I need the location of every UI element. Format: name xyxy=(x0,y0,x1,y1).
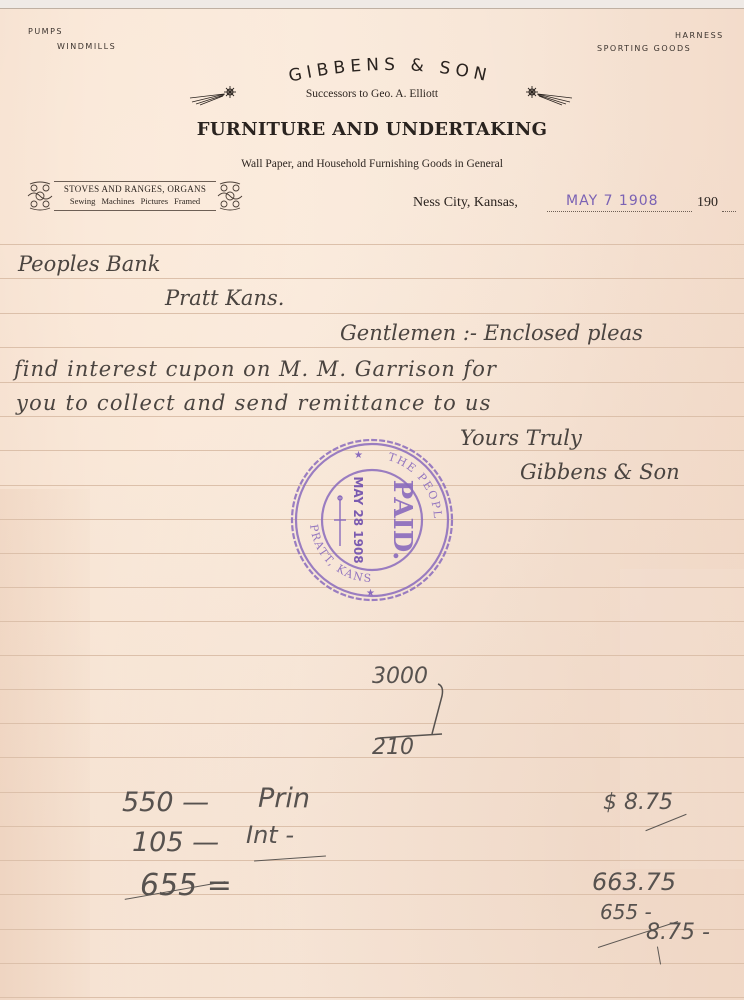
note-right-a: 663.75 xyxy=(592,868,676,896)
business-headline: FURNITURE AND UNDERTAKING xyxy=(0,119,744,140)
note-principal-amount: 550 — xyxy=(122,787,209,818)
date-blank-line xyxy=(547,211,692,212)
note-interest-label: Int - xyxy=(246,821,294,849)
services-line-1: STOVES AND RANGES, ORGANS xyxy=(54,184,216,194)
scroll-ornament-left-icon xyxy=(26,178,54,214)
printed-year-prefix: 190 xyxy=(697,195,718,211)
svg-text:PAID.: PAID. xyxy=(387,480,417,561)
place-label: Ness City, Kansas, xyxy=(413,195,518,211)
signature: Gibbens & Son xyxy=(520,460,680,484)
successors-line: Successors to Geo. A. Elliott xyxy=(0,88,744,100)
note-total: 655 = xyxy=(140,868,232,903)
note-right-result: 8.75 - xyxy=(646,920,710,945)
closing: Yours Truly xyxy=(460,426,582,450)
services-box-text: STOVES AND RANGES, ORGANS Sewing Machine… xyxy=(54,181,216,211)
corner-word-sporting-goods: SPORTING GOODS xyxy=(597,44,691,53)
year-blank-line xyxy=(722,211,736,212)
paper-fold-shade xyxy=(620,569,744,869)
note-interest-amount: 105 — xyxy=(132,827,219,858)
svg-text:GIBBENS & SON: GIBBENS & SON xyxy=(287,55,493,87)
paid-stamp: THE PEOPLES BANK, PRATT, KANSAS, ★ ★ PAI… xyxy=(288,436,456,604)
received-date-stamp: MAY 7 1908 xyxy=(566,193,659,209)
body-line-3: you to collect and send remittance to us xyxy=(16,391,492,415)
scroll-ornament-right-icon xyxy=(216,178,244,214)
note-right-top: $ 8.75 xyxy=(603,790,673,815)
svg-text:★: ★ xyxy=(366,588,375,599)
note-principal-label: Prin xyxy=(258,783,310,814)
scan-edge xyxy=(0,0,744,8)
note-middle-stroke xyxy=(380,680,460,740)
services-box: STOVES AND RANGES, ORGANS Sewing Machine… xyxy=(26,178,244,214)
salutation-line: Gentlemen :- Enclosed pleas xyxy=(340,321,643,345)
corner-word-pumps: PUMPS xyxy=(28,27,63,36)
corner-word-harness: HARNESS xyxy=(675,31,724,40)
svg-text:MAY 28 1908: MAY 28 1908 xyxy=(351,476,365,563)
note-middle-bottom: 210 xyxy=(372,735,414,760)
note-right-b: 655 - xyxy=(600,900,652,924)
addressee-line-2: Pratt Kans. xyxy=(165,286,284,310)
paper-fold-shade xyxy=(0,489,90,1000)
corner-word-windmills: WINDMILLS xyxy=(57,42,116,51)
addressee-line-1: Peoples Bank xyxy=(18,252,161,276)
services-line-2: Sewing Machines Pictures Framed xyxy=(54,196,216,206)
business-subline: Wall Paper, and Household Furnishing Goo… xyxy=(0,158,744,170)
svg-text:★: ★ xyxy=(354,450,363,461)
body-line-2: find interest cupon on M. M. Garrison fo… xyxy=(14,357,497,381)
